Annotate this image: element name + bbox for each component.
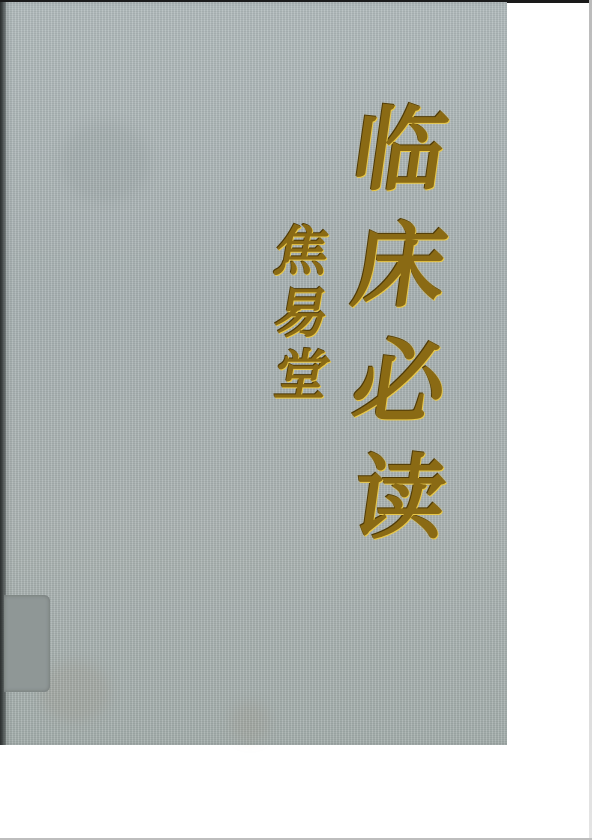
signature-char: 焦: [270, 220, 335, 282]
signature-char: 堂: [270, 344, 335, 406]
cloth-stain: [40, 662, 110, 722]
cover-title: 临 床 必 读: [345, 92, 455, 556]
title-char: 床: [346, 208, 454, 324]
library-label-patch: [4, 595, 50, 692]
signature-char: 易: [270, 282, 335, 344]
title-char: 临: [346, 92, 454, 208]
book-cover: 临 床 必 读 焦 易 堂: [0, 2, 507, 745]
cloth-stain: [60, 122, 150, 202]
title-char: 读: [346, 440, 454, 556]
calligrapher-signature: 焦 易 堂: [262, 220, 342, 406]
cloth-stain: [230, 702, 270, 742]
title-char: 必: [346, 324, 454, 440]
